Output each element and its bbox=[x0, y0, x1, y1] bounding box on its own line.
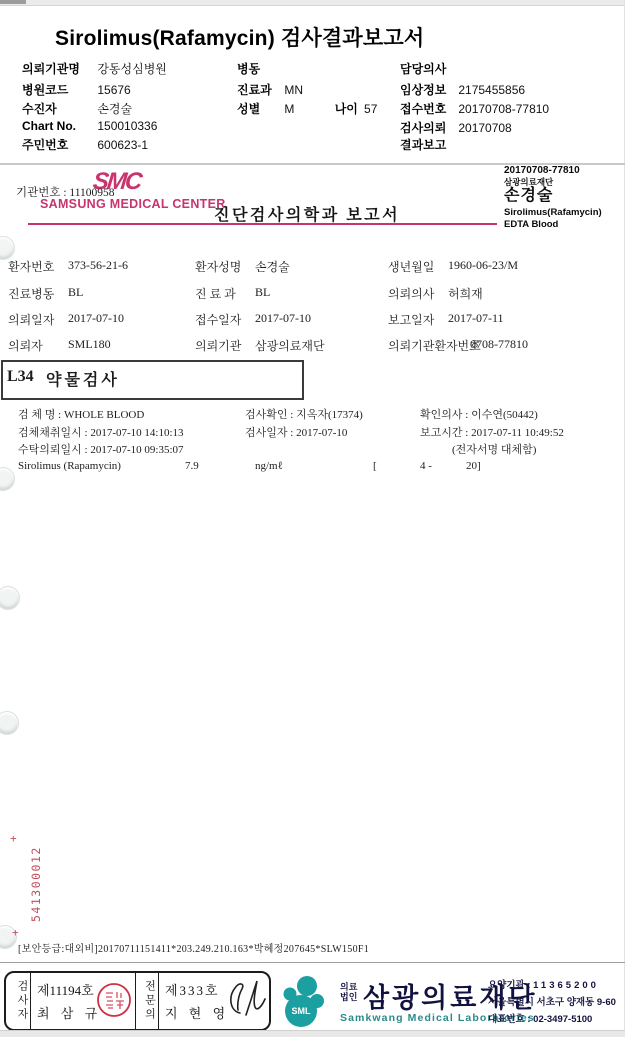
detail-label: 확인의사 bbox=[420, 409, 463, 421]
test-code: L34 bbox=[7, 368, 34, 386]
patient-row-1: 환자번호 373-56-21-6 환자성명 손경술 생년월일 1960-06-2… bbox=[0, 258, 625, 274]
field-label: 성별 bbox=[237, 100, 281, 117]
specialist-name: 지 현 영 bbox=[165, 1003, 229, 1022]
cell-value: 373-56-21-6 bbox=[68, 258, 128, 273]
hole-punch bbox=[0, 236, 15, 260]
detail-specimen: 검 체 명 : WHOLE BLOOD bbox=[18, 406, 144, 420]
hole-punch bbox=[0, 711, 19, 735]
cell-label: 환자번호 bbox=[8, 258, 54, 275]
cell-value: BL bbox=[255, 285, 270, 300]
corner-patient-name: 손경술 bbox=[504, 188, 602, 205]
footer-separator bbox=[0, 962, 625, 963]
cell-value: 허희재 bbox=[448, 285, 483, 302]
colon: : bbox=[463, 409, 472, 421]
cell-value: 0708-77810 bbox=[470, 337, 528, 352]
field-clinical-info: 임상정보 2175455856 bbox=[400, 81, 525, 96]
cell-value: 1960-06-23/M bbox=[448, 258, 518, 273]
cell-label: 보고일자 bbox=[388, 311, 434, 328]
field-receipt-no: 접수번호 20170708-77810 bbox=[400, 100, 549, 115]
field-label: 수진자 bbox=[22, 100, 94, 117]
field-value: 2175455856 bbox=[458, 83, 525, 97]
detail-label: 검사일자 bbox=[245, 427, 288, 439]
colon: : bbox=[463, 427, 472, 439]
field-value: 20170708 bbox=[458, 121, 511, 135]
field-result-report: 결과보고 bbox=[400, 136, 455, 151]
specialist-cert-no: 제333호 bbox=[165, 980, 220, 999]
field-label: 의뢰기관명 bbox=[22, 60, 94, 77]
detail-value: WHOLE BLOOD bbox=[64, 409, 144, 421]
result-range-high: 20] bbox=[466, 460, 481, 472]
info-label: 대표번호 bbox=[488, 1014, 525, 1025]
hole-punch bbox=[0, 586, 20, 610]
info-value: 11365200 bbox=[533, 980, 599, 991]
info-value: 02-3497-5100 bbox=[533, 1014, 592, 1025]
cell-value: SML180 bbox=[68, 337, 111, 352]
detail-confirm-doctor: 확인의사 : 이수연(50442) bbox=[420, 406, 538, 420]
result-range-low: 4 - bbox=[420, 460, 432, 472]
lab-org-type-line1: 의료 bbox=[340, 982, 357, 992]
field-patient: 수진자 손경술 bbox=[22, 100, 132, 115]
result-analyte: Sirolimus (Rapamycin) bbox=[18, 460, 121, 472]
registration-mark: + bbox=[10, 832, 17, 845]
field-label: 나이 bbox=[335, 100, 361, 117]
field-label: 진료과 bbox=[237, 81, 281, 98]
field-label: 주민번호 bbox=[22, 136, 94, 153]
detail-value: 2017-07-10 bbox=[296, 427, 347, 439]
lab-report-page: Sirolimus(Rafamycin) 검사결과보고서 의뢰기관명 강동성심병… bbox=[0, 0, 625, 1037]
detail-collect-time: 검체채취일시 : 2017-07-10 14:10:13 bbox=[18, 424, 184, 438]
signature-box: 검사자 제11194호 최 삼 규 전문의 제333호 지 현 영 bbox=[4, 971, 271, 1031]
examiner-role-cell: 검사자 bbox=[6, 973, 31, 1029]
result-unit: ng/mℓ bbox=[255, 460, 283, 472]
detail-value: 2017-07-10 14:10:13 bbox=[90, 427, 183, 439]
field-hospital-code: 병원코드 15676 bbox=[22, 81, 131, 96]
sml-logo-icon: SML bbox=[276, 973, 334, 1031]
cell-value: 2017-07-10 bbox=[68, 311, 124, 326]
examiner-name: 최 삼 규 bbox=[37, 1003, 101, 1022]
field-attending-doctor: 담당의사 bbox=[400, 60, 455, 75]
field-value: 강동성심병원 bbox=[97, 62, 167, 76]
cell-label: 생년월일 bbox=[388, 258, 434, 275]
cell-value: 2017-07-10 bbox=[255, 311, 311, 326]
colon: : bbox=[288, 409, 297, 421]
detail-referral-time: 수탁의뢰일시 : 2017-07-10 09:35:07 bbox=[18, 441, 184, 455]
cell-label: 의뢰일자 bbox=[8, 311, 54, 328]
patient-row-2: 진료병동 BL 진 료 과 BL 의뢰의사 허희재 bbox=[0, 285, 625, 301]
top-strip-dark-segment bbox=[0, 0, 26, 4]
cell-value: 삼광의료재단 bbox=[255, 337, 325, 354]
security-line: [보안등급:대외비]20170711151411*203.249.210.163… bbox=[18, 940, 369, 955]
lab-org-type: 의료 법인 bbox=[340, 982, 357, 1002]
field-label: Chart No. bbox=[22, 119, 94, 133]
detail-value: 2017-07-10 09:35:07 bbox=[90, 444, 183, 456]
detail-label: 보고시간 bbox=[420, 427, 463, 439]
field-value: 150010336 bbox=[97, 119, 157, 133]
cell-label: 진 료 과 bbox=[195, 285, 236, 302]
examiner-role-label: 검사자 bbox=[6, 977, 30, 1025]
field-label: 병동 bbox=[237, 60, 281, 77]
field-chart-no: Chart No. 150010336 bbox=[22, 119, 157, 134]
cell-value: 2017-07-11 bbox=[448, 311, 504, 326]
detail-test-date: 검사일자 : 2017-07-10 bbox=[245, 424, 347, 438]
corner-label-block: 20170708-77810 삼광의료재단 손경술 Sirolimus(Rafa… bbox=[504, 166, 602, 230]
margin-serial-number: 541300012 bbox=[29, 846, 43, 922]
field-test-request: 검사의뢰 20170708 bbox=[400, 119, 512, 134]
specialist-role-cell: 전문의 bbox=[137, 973, 159, 1029]
field-department: 진료과 MN bbox=[237, 81, 303, 96]
cell-label: 의뢰자 bbox=[8, 337, 43, 354]
detail-label: 검 체 명 bbox=[18, 409, 55, 421]
field-request-org: 의뢰기관명 강동성심병원 bbox=[22, 60, 167, 75]
field-label: 검사의뢰 bbox=[400, 119, 455, 136]
cell-label: 의뢰기관 bbox=[195, 337, 241, 354]
colon: : bbox=[55, 409, 64, 421]
field-label: 접수번호 bbox=[400, 100, 455, 117]
cell-value: 손경술 bbox=[255, 258, 290, 275]
detail-report-time: 보고시간 : 2017-07-11 10:49:52 bbox=[420, 424, 564, 438]
examiner-stamp-icon bbox=[96, 982, 132, 1018]
top-strip bbox=[0, 0, 625, 6]
detail-label: 수탁의뢰일시 bbox=[18, 444, 82, 456]
colon: : bbox=[288, 427, 297, 439]
specialist-signature bbox=[223, 977, 267, 1023]
cell-label: 의뢰기관환자번호 bbox=[388, 337, 481, 354]
field-value: 57 bbox=[364, 102, 377, 116]
examiner-cert-no: 제11194호 bbox=[37, 980, 94, 999]
info-label: 요양기관 bbox=[488, 980, 525, 991]
smc-caption: SAMSUNG MEDICAL CENTER bbox=[40, 197, 226, 211]
bottom-strip bbox=[0, 1030, 625, 1037]
field-value: 15676 bbox=[97, 83, 130, 97]
field-sex-age: 성별 M 나이 57 bbox=[237, 100, 377, 115]
detail-value: 2017-07-11 10:49:52 bbox=[471, 427, 564, 439]
cell-value: BL bbox=[68, 285, 83, 300]
lab-care-org-number: 요양기관 : 11365200 bbox=[488, 977, 599, 991]
detail-test-confirm: 검사확인 : 지옥자(17374) bbox=[245, 406, 363, 420]
result-value: 7.9 bbox=[185, 460, 199, 472]
detail-value: 이수연(50442) bbox=[471, 409, 538, 421]
lab-org-type-line2: 법인 bbox=[340, 992, 357, 1002]
result-range-bracket: [ bbox=[373, 460, 377, 472]
sml-logo-text: SML bbox=[292, 1006, 312, 1016]
page-title: Sirolimus(Rafamycin) 검사결과보고서 bbox=[55, 22, 424, 52]
cell-label: 의뢰의사 bbox=[388, 285, 434, 302]
cell-label: 접수일자 bbox=[195, 311, 241, 328]
field-label: 임상정보 bbox=[400, 81, 455, 98]
corner-specimen: EDTA Blood bbox=[504, 220, 602, 230]
corner-receipt-no: 20170708-77810 bbox=[504, 166, 602, 177]
cell-label: 진료병동 bbox=[8, 285, 54, 302]
detail-label: 검체채취일시 bbox=[18, 427, 82, 439]
field-resident-no: 주민번호 600623-1 bbox=[22, 136, 148, 151]
result-row: Sirolimus (Rapamycin) 7.9 ng/mℓ [ 4 - 20… bbox=[0, 460, 625, 474]
detail-label: 검사확인 bbox=[245, 409, 288, 421]
field-label: 담당의사 bbox=[400, 60, 455, 77]
colon: : bbox=[525, 1014, 533, 1025]
detail-value: 지옥자(17374) bbox=[296, 409, 363, 421]
registration-mark: + bbox=[12, 926, 19, 939]
corner-test-name: Sirolimus(Rafamycin) bbox=[504, 208, 602, 218]
document-title: 진단검사의학과 보고서 bbox=[214, 202, 400, 225]
field-value: MN bbox=[284, 83, 303, 97]
field-value: 20170708-77810 bbox=[458, 102, 549, 116]
field-ward: 병동 bbox=[237, 60, 281, 75]
lab-phone: 대표번호 : 02-3497-5100 bbox=[488, 1011, 592, 1025]
letterhead-underline bbox=[28, 223, 497, 225]
cell-label: 환자성명 bbox=[195, 258, 241, 275]
patient-row-4: 의뢰자 SML180 의뢰기관 삼광의료재단 의뢰기관환자번호 0708-778… bbox=[0, 337, 625, 353]
field-value: 600623-1 bbox=[97, 138, 148, 152]
examiner-cell: 제11194호 최 삼 규 bbox=[31, 973, 136, 1029]
patient-row-3: 의뢰일자 2017-07-10 접수일자 2017-07-10 보고일자 201… bbox=[0, 311, 625, 327]
field-value: 손경술 bbox=[97, 102, 132, 116]
field-label: 결과보고 bbox=[400, 136, 455, 153]
colon: : bbox=[525, 980, 533, 991]
field-value: M bbox=[284, 102, 331, 116]
lab-address: 서울특별시 서초구 양재동 9-60 bbox=[488, 994, 616, 1008]
corner-lab-name: 삼광의료재단 bbox=[504, 178, 602, 187]
specialist-cell: 제333호 지 현 영 bbox=[159, 973, 269, 1029]
specialist-role-label: 전문의 bbox=[137, 977, 158, 1025]
esign-note: (전자서명 대체함) bbox=[452, 441, 536, 455]
field-label: 병원코드 bbox=[22, 81, 94, 98]
test-group-name: 약물검사 bbox=[46, 367, 120, 390]
